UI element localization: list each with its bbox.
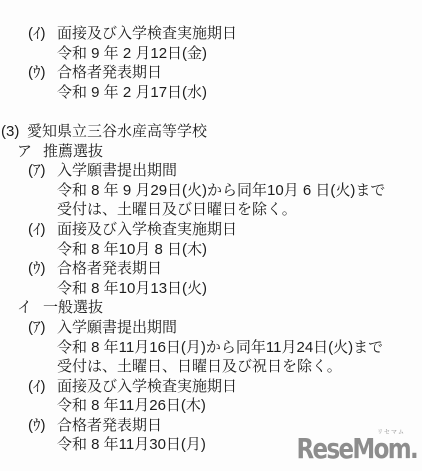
item-label: 入学願書提出期間 — [57, 319, 177, 336]
item-marker: (ｳ) — [28, 416, 57, 436]
blank-line — [0, 102, 422, 122]
item-date-line: 令和 9 年 2 月12日(金) — [0, 44, 422, 64]
item-date-line: 令和 8 年 9 月29日(火)から同年10月 6 日(火)まで — [0, 181, 422, 201]
document-body: (ｲ)面接及び入学検査実施期日 令和 9 年 2 月12日(金) (ｳ)合格者発… — [0, 0, 422, 455]
item-date-line: 令和 8 年11月16日(月)から同年11月24日(火)まで — [0, 338, 422, 358]
resemom-logo-period: . — [410, 432, 417, 465]
item-heading-line: (ｲ)面接及び入学検査実施期日 — [0, 377, 422, 397]
document-page: (ｲ)面接及び入学検査実施期日 令和 9 年 2 月12日(金) (ｳ)合格者発… — [0, 0, 422, 471]
item-label: 合格者発表期日 — [57, 64, 162, 81]
item-date-line: 令和 8 年10月13日(火) — [0, 279, 422, 299]
item-label: 面接及び入学検査実施期日 — [57, 221, 237, 238]
item-heading-line: (ｳ)合格者発表期日 — [0, 259, 422, 279]
item-label: 合格者発表期日 — [57, 417, 162, 434]
section-heading-line: (3)愛知県立三谷水産高等学校 — [0, 122, 422, 142]
item-marker: (ｳ) — [28, 63, 57, 83]
item-label: 合格者発表期日 — [57, 260, 162, 277]
item-marker: (ｲ) — [28, 220, 57, 240]
subsection-heading-line: ア推薦選抜 — [0, 142, 422, 162]
item-heading-line: (ｲ)面接及び入学検査実施期日 — [0, 24, 422, 44]
subsection-title: 一般選抜 — [43, 299, 103, 316]
item-label: 面接及び入学検査実施期日 — [57, 378, 237, 395]
item-marker: (ｳ) — [28, 259, 57, 279]
resemom-watermark: リセマム ReseMom. — [270, 435, 417, 463]
section-number: (3) — [1, 122, 27, 142]
subsection-heading-line: イ一般選抜 — [0, 298, 422, 318]
item-heading-line: (ｱ)入学願書提出期間 — [0, 161, 422, 181]
item-date-line: 令和 8 年11月26日(木) — [0, 396, 422, 416]
item-marker: (ｱ) — [28, 161, 57, 181]
item-heading-line: (ｳ)合格者発表期日 — [0, 63, 422, 83]
school-name: 愛知県立三谷水産高等学校 — [27, 123, 207, 140]
item-label: 入学願書提出期間 — [57, 162, 177, 179]
item-marker: (ｲ) — [28, 377, 57, 397]
item-date-line: 令和 9 年 2 月17日(水) — [0, 83, 422, 103]
item-marker: (ｱ) — [28, 318, 57, 338]
resemom-logo-text: ReseMom. — [296, 435, 417, 463]
item-heading-line: (ｱ)入学願書提出期間 — [0, 318, 422, 338]
item-label: 面接及び入学検査実施期日 — [57, 25, 237, 42]
subsection-title: 推薦選抜 — [43, 143, 103, 160]
resemom-logo: リセマム ReseMom. — [270, 435, 417, 463]
item-note-line: 受付は、土曜日、日曜日及び祝日を除く。 — [0, 357, 422, 377]
subsection-marker: イ — [17, 298, 43, 318]
item-marker: (ｲ) — [28, 24, 57, 44]
subsection-marker: ア — [17, 142, 43, 162]
item-note-line: 受付は、土曜日及び日曜日を除く。 — [0, 200, 422, 220]
item-date-line: 令和 8 年10月 8 日(木) — [0, 240, 422, 260]
item-heading-line: (ｲ)面接及び入学検査実施期日 — [0, 220, 422, 240]
